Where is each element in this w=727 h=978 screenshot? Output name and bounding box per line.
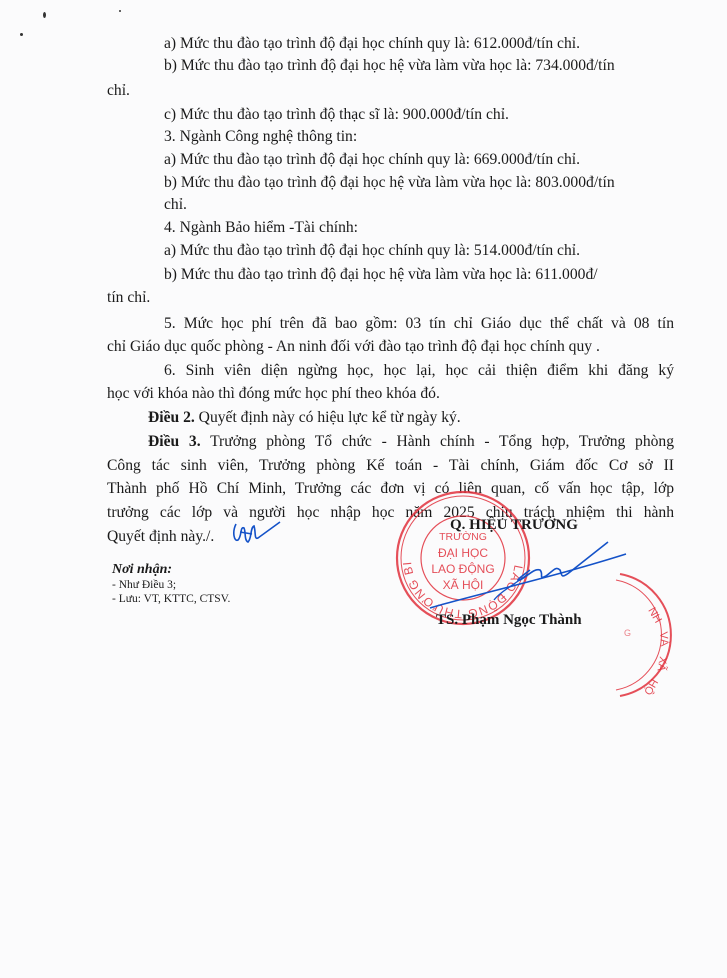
article-3-line-2: Công tác sinh viên, Trưởng phòng Kế toán… <box>107 456 674 476</box>
scan-speck <box>20 33 23 36</box>
recipient-item: - Lưu: VT, KTTC, CTSV. <box>112 592 230 606</box>
article-3-label: Điều 3. <box>148 433 201 450</box>
article-3-line-1: Điều 3. Trưởng phòng Tổ chức - Hành chín… <box>148 432 674 452</box>
fee-line: a) Mức thu đào tạo trình độ đại học chín… <box>164 150 580 170</box>
initials-signature-icon <box>228 518 288 548</box>
svg-text:VÀ: VÀ <box>657 631 671 647</box>
fee-line: b) Mức thu đào tạo trình độ đại học hệ v… <box>164 265 598 285</box>
svg-text:NH: NH <box>645 606 663 626</box>
svg-text:G: G <box>624 628 631 638</box>
fee-line: chỉ. <box>164 195 187 215</box>
note-5: 5. Mức học phí trên đã bao gồm: 03 tín c… <box>164 314 674 334</box>
fee-line: a) Mức thu đào tạo trình độ đại học chín… <box>164 34 580 54</box>
document-page: a) Mức thu đào tạo trình độ đại học chín… <box>0 0 727 978</box>
svg-text:HỘ: HỘ <box>641 677 661 698</box>
section-heading: 3. Ngành Công nghệ thông tin: <box>164 127 357 147</box>
scan-speck <box>43 12 46 18</box>
recipient-item: - Như Điều 3; <box>112 578 176 592</box>
scan-speck <box>119 10 121 12</box>
handwritten-signature-icon <box>430 530 630 610</box>
fee-line: chỉ. <box>107 81 130 101</box>
section-heading: 4. Ngành Bảo hiểm -Tài chính: <box>164 218 358 238</box>
article-2-label: Điều 2. <box>148 409 195 426</box>
signatory-name: TS. Phạm Ngọc Thành <box>436 610 582 630</box>
article-3-text: Trưởng phòng Tổ chức - Hành chính - Tổng… <box>201 433 674 450</box>
fee-line: b) Mức thu đào tạo trình độ đại học hệ v… <box>164 173 615 193</box>
fee-line: tín chỉ. <box>107 288 150 308</box>
note-6: 6. Sinh viên diện ngừng học, học lại, họ… <box>164 361 674 381</box>
article-3-line-3: Thành phố Hồ Chí Minh, Trưởng các đơn vị… <box>107 479 674 499</box>
recipients-title: Nơi nhận: <box>112 560 172 580</box>
article-3-line-4: trưởng các lớp và người học nhập học năm… <box>107 503 674 523</box>
note-5-cont: chỉ Giáo dục quốc phòng - An ninh đối vớ… <box>107 337 600 357</box>
note-6-cont: học với khóa nào thì đóng mức học phí th… <box>107 384 440 404</box>
svg-text:XÃ: XÃ <box>654 655 669 672</box>
article-3-line-5: Quyết định này./. <box>107 527 214 547</box>
fee-line: a) Mức thu đào tạo trình độ đại học chín… <box>164 241 580 261</box>
article-2: Điều 2. Quyết định này có hiệu lực kể từ… <box>148 408 461 428</box>
fee-line: c) Mức thu đào tạo trình độ thạc sĩ là: … <box>164 105 509 125</box>
article-2-text: Quyết định này có hiệu lực kể từ ngày ký… <box>195 409 461 426</box>
fee-line: b) Mức thu đào tạo trình độ đại học hệ v… <box>164 56 615 76</box>
